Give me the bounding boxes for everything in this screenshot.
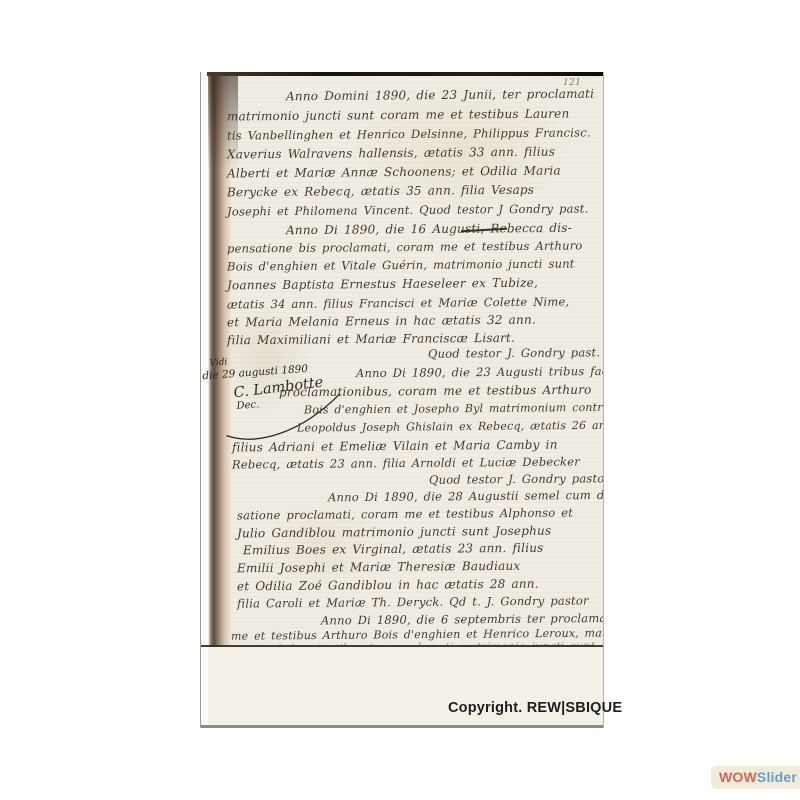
manuscript-line: et Odilia Zoé Gandiblou in hac ætatis 28…	[237, 577, 539, 594]
manuscript-line: ætatis 34 ann. filius Francisci et Mariæ…	[227, 295, 569, 312]
manuscript-line: Julio Gandiblou matrimonio juncti sunt J…	[237, 524, 551, 541]
document-scan-slide[interactable]: 121 Anno Domini 1890, die 23 Junii, ter …	[200, 72, 604, 728]
wowslider-badge-wow: WOW	[719, 769, 757, 785]
page-top-edge	[207, 72, 603, 76]
manuscript-line: Josephi et Philomena Vincent. Quod testo…	[227, 201, 589, 218]
manuscript-line: Emilius Boes ex Virginal, ætatis 23 ann.…	[243, 541, 544, 558]
manuscript-line: Anno Domini 1890, die 23 Junii, ter proc…	[286, 87, 594, 104]
manuscript-line: filia Maximiliani et Mariæ Franciscæ Lis…	[227, 331, 515, 348]
manuscript-line: Alberti et Mariæ Annæ Schoonens; et Odil…	[227, 164, 561, 181]
page-bottom-edge	[201, 725, 603, 728]
wowslider-badge-slider: Slider	[757, 769, 797, 785]
manuscript-line: Quod testor J. Gondry past.	[428, 345, 600, 361]
manuscript-line: Joannes Baptista Ernestus Haeseleer ex T…	[227, 276, 538, 293]
manuscript-line: Berycke ex Rebecq, ætatis 35 ann. filia …	[227, 183, 534, 200]
manuscript-line: et Maria Melania Erneus in hac ætatis 32…	[227, 313, 536, 330]
manuscript-line: Anno Di 1890, die 16 Augusti, Rebecca di…	[286, 221, 572, 237]
manuscript-line: tis Vanbellinghen et Henrico Delsinne, P…	[227, 125, 591, 142]
manuscript-line: filia Caroli et Mariæ Th. Deryck. Qd t. …	[237, 593, 589, 610]
manuscript-line: Emilii Josephi et Mariæ Theresiæ Baudiau…	[237, 559, 520, 575]
margin-note: Vidi die 29 augusti 1890 C. Lambotte Dec…	[201, 351, 325, 414]
signature-flourish	[222, 385, 356, 449]
manuscript-line: Quod testor J. Gondry pastor	[429, 471, 604, 487]
manuscript-line: Anno Di 1890, die 23 Augusti tribus fact…	[356, 364, 604, 380]
manuscript-line: Anno Di 1890, die 6 septembris ter procl…	[321, 611, 604, 628]
wowslider-badge[interactable]: WOWSlider	[711, 766, 800, 789]
manuscript-line: Rebecq, ætatis 23 ann. filia Arnoldi et …	[232, 454, 580, 471]
manuscript-line: matrimonio juncti sunt coram me et testi…	[227, 107, 569, 124]
manuscript-line: Bois d'enghien et Vitale Guérin, matrimo…	[227, 256, 575, 273]
manuscript-line: Xaverius Walravens hallensis, ætatis 33 …	[227, 145, 555, 162]
manuscript-line: satione proclamati, coram me et testibus…	[237, 506, 573, 523]
manuscript-line: pensatione bis proclamati, coram me et t…	[227, 238, 583, 255]
manuscript-line: Anno Di 1890, die 28 Augustii semel cum …	[328, 488, 604, 505]
copyright-watermark: Copyright. REW|SBIQUE	[448, 700, 622, 716]
